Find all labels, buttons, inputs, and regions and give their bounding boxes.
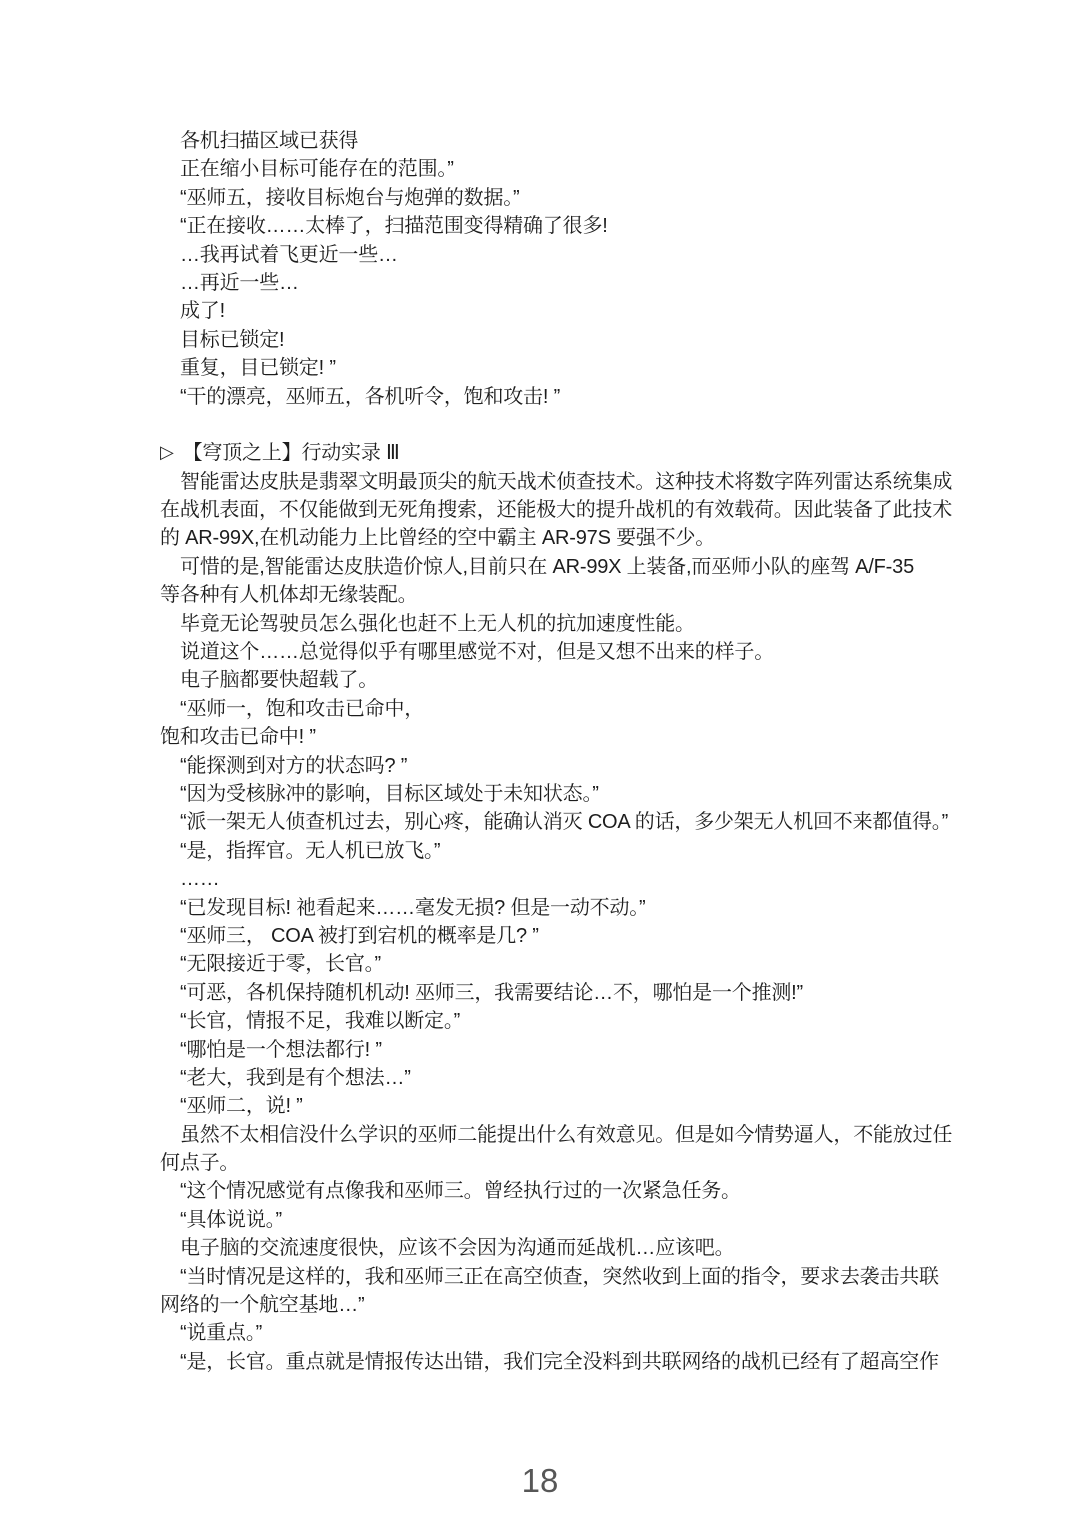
text-line: “巫师五，接收目标炮台与炮弹的数据。” — [160, 184, 950, 212]
text-line: 重复，目已锁定! ” — [160, 354, 950, 382]
text-line: “已发现目标! 祂看起来……毫发无损? 但是一动不动。” — [160, 894, 950, 922]
text-line: “哪怕是一个想法都行! ” — [160, 1036, 950, 1064]
text-line: “无限接近于零，长官。” — [160, 950, 950, 978]
text-line: 虽然不太相信没什么学识的巫师二能提出什么有效意见。但是如今情势逼人，不能放过任 — [160, 1121, 950, 1149]
text-line: 毕竟无论驾驶员怎么强化也赶不上无人机的抗加速度性能。 — [160, 610, 950, 638]
text-line: 可惜的是,智能雷达皮肤造价惊人,目前只在 AR-99X 上装备,而巫师小队的座驾… — [160, 553, 950, 581]
text-line: 网络的一个航空基地…” — [160, 1291, 950, 1319]
section-header: ▷【穹顶之上】行动实录 Ⅲ — [160, 439, 950, 467]
text-line: “长官，情报不足，我难以断定。” — [160, 1007, 950, 1035]
text-line: 何点子。 — [160, 1149, 950, 1177]
page-number: 18 — [0, 1462, 1080, 1500]
text-line: “老大，我到是有个想法…” — [160, 1064, 950, 1092]
blank-line — [160, 411, 950, 439]
text-line: 说道这个……总觉得似乎有哪里感觉不对，但是又想不出来的样子。 — [160, 638, 950, 666]
text-line: “干的漂亮，巫师五，各机听令，饱和攻击! ” — [160, 383, 950, 411]
text-column: 各机扫描区域已获得正在缩小目标可能存在的范围。”“巫师五，接收目标炮台与炮弹的数… — [160, 127, 950, 1376]
text-line: “是，长官。重点就是情报传达出错，我们完全没料到共联网络的战机已经有了超高空作 — [160, 1348, 950, 1376]
text-line: “巫师一，饱和攻击已命中， — [160, 695, 950, 723]
text-line: 等各种有人机体却无缘装配。 — [160, 581, 950, 609]
text-line: 的 AR-99X,在机动能力上比曾经的空中霸主 AR-97S 要强不少。 — [160, 524, 950, 552]
text-line: “巫师三， COA 被打到宕机的概率是几? ” — [160, 922, 950, 950]
text-line: 电子脑都要快超载了。 — [160, 666, 950, 694]
text-line: “能探测到对方的状态吗? ” — [160, 752, 950, 780]
text-line: “当时情况是这样的，我和巫师三正在高空侦查，突然收到上面的指令，要求去袭击共联 — [160, 1263, 950, 1291]
text-line: …… — [160, 865, 950, 893]
text-line: 成了! — [160, 297, 950, 325]
text-line: “具体说说。” — [160, 1206, 950, 1234]
section-marker-triangle-icon: ▷ — [160, 438, 174, 466]
text-line: “因为受核脉冲的影响，目标区域处于未知状态。” — [160, 780, 950, 808]
text-line: 电子脑的交流速度很快，应该不会因为沟通而延战机…应该吧。 — [160, 1234, 950, 1262]
text-line: “这个情况感觉有点像我和巫师三。曾经执行过的一次紧急任务。 — [160, 1177, 950, 1205]
text-line: “是，指挥官。无人机已放飞。” — [160, 837, 950, 865]
text-line: …再近一些… — [160, 269, 950, 297]
text-line: “巫师二，说! ” — [160, 1092, 950, 1120]
section-title: 【穹顶之上】行动实录 Ⅲ — [183, 442, 400, 464]
text-line: “正在接收……太棒了，扫描范围变得精确了很多! — [160, 212, 950, 240]
text-line: “可恶，各机保持随机机动! 巫师三，我需要结论…不，哪怕是一个推测!” — [160, 979, 950, 1007]
text-line: 各机扫描区域已获得 — [160, 127, 950, 155]
text-line: 智能雷达皮肤是翡翠文明最顶尖的航天战术侦查技术。这种技术将数字阵列雷达系统集成 — [160, 468, 950, 496]
text-line: “说重点。” — [160, 1319, 950, 1347]
text-line: 正在缩小目标可能存在的范围。” — [160, 155, 950, 183]
text-line: 饱和攻击已命中! ” — [160, 723, 950, 751]
text-line: 目标已锁定! — [160, 326, 950, 354]
text-line: 在战机表面，不仅能做到无死角搜索，还能极大的提升战机的有效载荷。因此装备了此技术 — [160, 496, 950, 524]
text-line: “派一架无人侦查机过去，别心疼，能确认消灭 COA 的话，多少架无人机回不来都值… — [160, 808, 950, 836]
text-line: …我再试着飞更近一些… — [160, 241, 950, 269]
